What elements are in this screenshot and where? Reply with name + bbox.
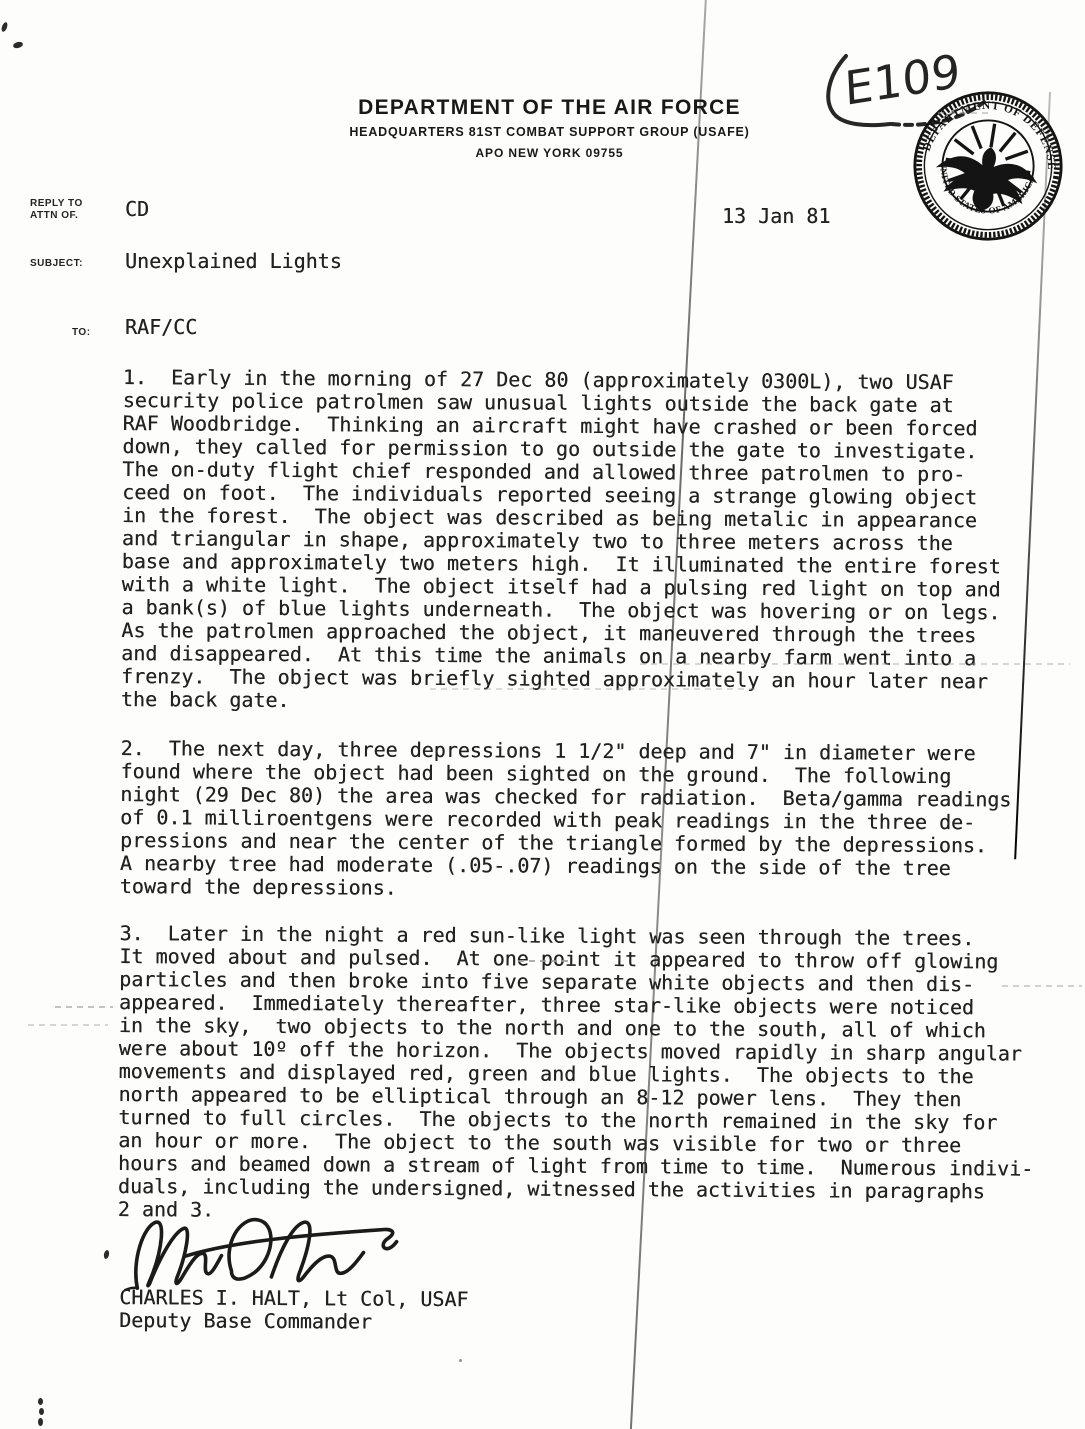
- scan-speck: [459, 1359, 462, 1362]
- paragraph-3: 3. Later in the night a red sun-like lig…: [118, 922, 1035, 1227]
- scanned-memo-page: DEPARTMENT OF THE AIR FORCE HEADQUARTERS…: [0, 0, 1085, 1429]
- scan-smudge: [55, 1006, 113, 1008]
- memo-body: 1. Early in the morning of 27 Dec 80 (ap…: [0, 0, 1085, 1429]
- signer-title: Deputy Base Commander: [119, 1309, 372, 1334]
- scan-speck: [38, 1398, 43, 1405]
- scan-smudge: [1002, 985, 1082, 987]
- scan-smudge: [640, 663, 1070, 665]
- scan-speck: [38, 1418, 43, 1426]
- scan-smudge: [938, 112, 993, 114]
- scan-smudge: [518, 960, 568, 962]
- scan-speck: [39, 1408, 44, 1415]
- scan-smudge: [430, 688, 760, 690]
- scan-smudge: [28, 1024, 108, 1026]
- paragraph-2: 2. The next day, three depressions 1 1/2…: [120, 737, 1012, 903]
